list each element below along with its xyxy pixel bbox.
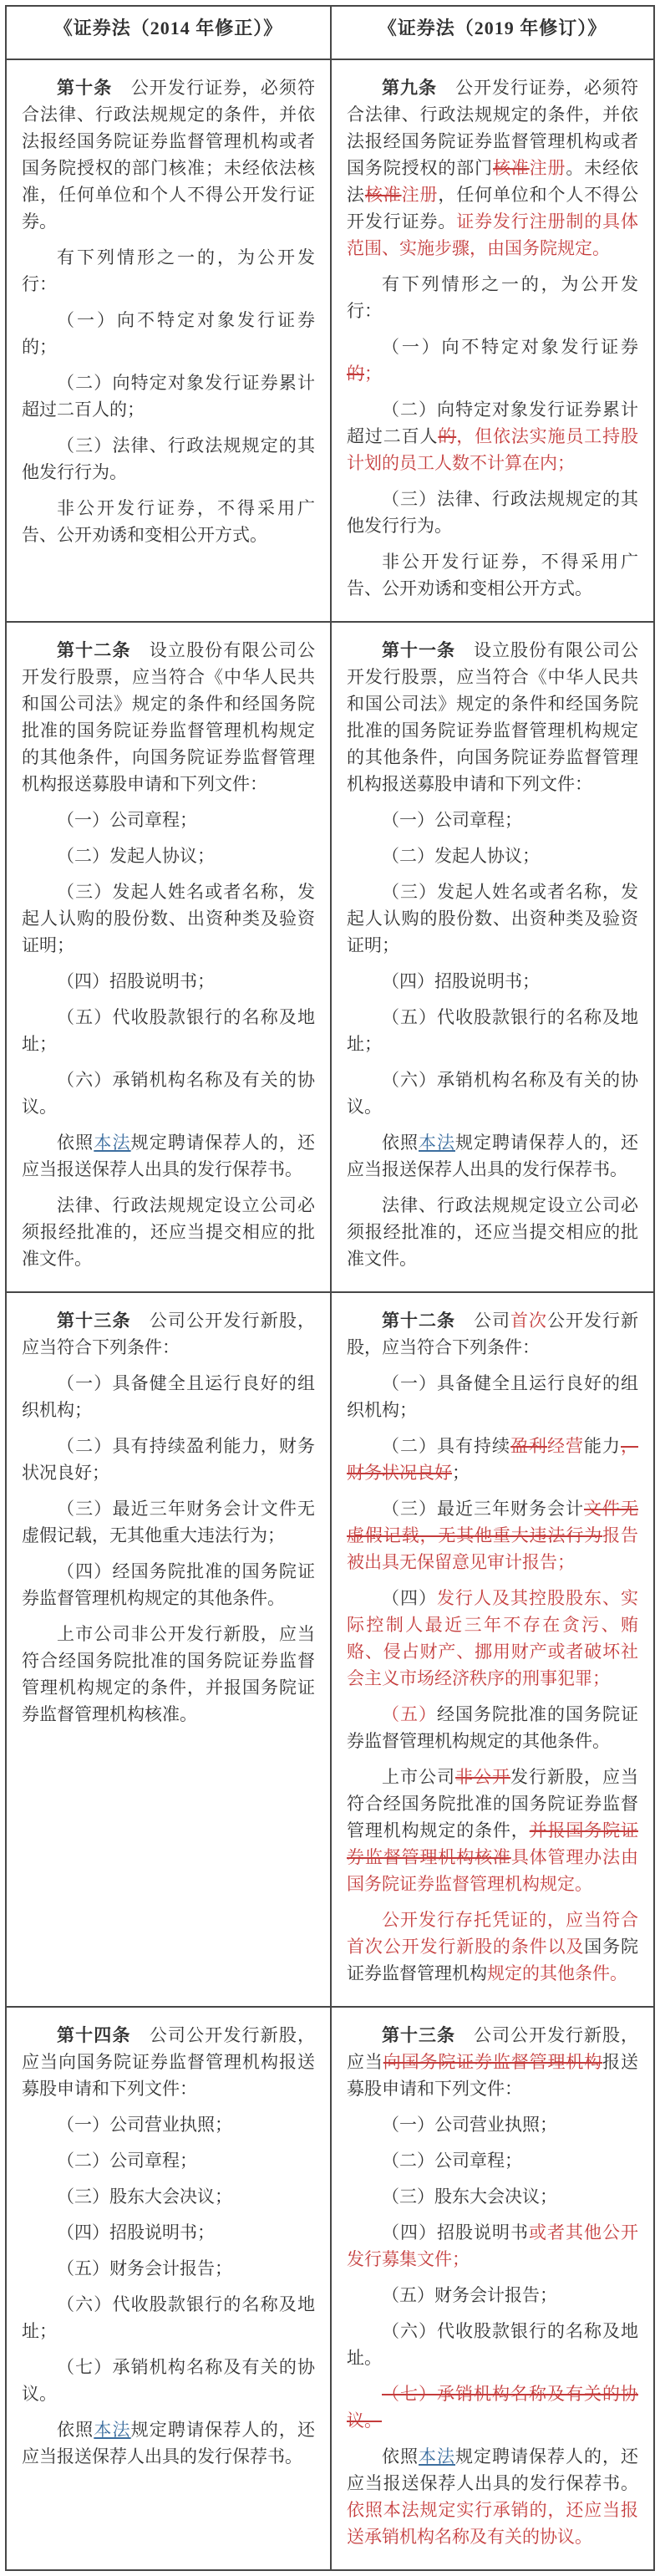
article-number: 第十二条 bbox=[382, 1311, 455, 1331]
table-row: 第十三条 公司公开发行新股，应当符合下列条件：（一）具备健全且运行良好的组织机构… bbox=[7, 1291, 653, 2006]
text-run: 依照 bbox=[57, 1133, 94, 1153]
text-run: 设立股份有限公司公开发行股票，应当符合《中华人民共和国公司法》规定的条件和经国务… bbox=[22, 640, 315, 794]
paragraph: 第十四条 公司公开发行新股，应当向国务院证券监督管理机构报送募股申请和下列文件： bbox=[22, 2022, 315, 2102]
paragraph: 有下列情形之一的，为公开发行： bbox=[347, 271, 638, 324]
paragraph: （四）招股说明书； bbox=[22, 2219, 315, 2246]
text-run: （五）财务会计报告； bbox=[382, 2285, 557, 2305]
paragraph: （三）法律、行政法规规定的其他发行行为。 bbox=[347, 486, 638, 539]
paragraph: （五）代收股款银行的名称及地址； bbox=[22, 1004, 315, 1057]
table-row: 第十二条 设立股份有限公司公开发行股票，应当符合《中华人民共和国公司法》规定的条… bbox=[7, 621, 653, 1291]
text-run: （四）招股说明书 bbox=[382, 2222, 529, 2243]
text-run: 法律、行政法规规定设立公司必须报经批准的，还应当提交相应的批准文件。 bbox=[347, 1195, 638, 1269]
paragraph: （二）发起人协议； bbox=[347, 843, 638, 869]
paragraph: 依照本法规定聘请保荐人的，还应当报送保荐人出具的发行保荐书。 bbox=[22, 2416, 315, 2470]
text-run: （三）股东大会决议； bbox=[57, 2187, 232, 2207]
text-run: （三）最近三年财务会计文件无虚假记载，无其他重大违法行为； bbox=[22, 1499, 315, 1545]
paragraph: （一）具备健全且运行良好的组织机构； bbox=[22, 1370, 315, 1423]
text-run: 依照 bbox=[382, 2446, 419, 2467]
paragraph: 第九条 公开发行证券，必须符合法律、行政法规规定的条件，并依法报经国务院证券监督… bbox=[347, 74, 638, 262]
paragraph: （二）公司章程； bbox=[22, 2147, 315, 2174]
text-run: （七）承销机构名称及有关的协议。 bbox=[22, 2357, 315, 2404]
article-number: 第十二条 bbox=[57, 640, 131, 660]
paragraph: （六）代收股款银行的名称及地址； bbox=[22, 2291, 315, 2344]
added-text: 首次 bbox=[510, 1311, 547, 1331]
text-run: （一）公司营业执照； bbox=[382, 2115, 557, 2135]
paragraph: 第十条 公开发行证券，必须符合法律、行政法规规定的条件，并依法报经国务院证券监督… bbox=[22, 74, 315, 235]
paragraph: 第十三条 公司公开发行新股，应当向国务院证券监督管理机构报送募股申请和下列文件： bbox=[347, 2022, 638, 2102]
table-row: 第十四条 公司公开发行新股，应当向国务院证券监督管理机构报送募股申请和下列文件：… bbox=[7, 2006, 653, 2569]
paragraph: （四）发行人及其控股股东、实际控制人最近三年不存在贪污、贿赂、侵占财产、挪用财产… bbox=[347, 1585, 638, 1692]
deleted-text: 核准 bbox=[493, 158, 530, 178]
text-run: 有下列情形之一的，为公开发行： bbox=[347, 274, 638, 321]
cell-left-row-2: 第十二条 设立股份有限公司公开发行股票，应当符合《中华人民共和国公司法》规定的条… bbox=[7, 623, 330, 1291]
text-run: （二）具有持续 bbox=[382, 1436, 510, 1456]
paragraph: （一）向不特定对象发行证券的； bbox=[347, 333, 638, 387]
text-run: 公司 bbox=[455, 1311, 510, 1331]
paragraph: （二）公司章程； bbox=[347, 2147, 638, 2174]
text-run: （二）向特定对象发行证券累计超过二百人的； bbox=[22, 373, 315, 420]
paragraph: （四）招股说明书或者其他公开发行募集文件； bbox=[347, 2219, 638, 2273]
paragraph: （三）最近三年财务会计文件无虚假记载，无其他重大违法行为； bbox=[22, 1495, 315, 1549]
text-run: （一）具备健全且运行良好的组织机构； bbox=[22, 1373, 315, 1420]
deleted-text: 的 bbox=[438, 426, 456, 446]
text-run: （五）代收股款银行的名称及地址； bbox=[347, 1007, 638, 1054]
text-run: （六）承销机构名称及有关的协议。 bbox=[347, 1070, 638, 1117]
paragraph: （六）承销机构名称及有关的协议。 bbox=[347, 1067, 638, 1120]
paragraph: （一）公司章程； bbox=[347, 807, 638, 833]
text-run: （五）代收股款银行的名称及地址； bbox=[22, 1007, 315, 1054]
law-reference-link[interactable]: 本法 bbox=[94, 2420, 130, 2440]
paragraph: （二）向特定对象发行证券累计超过二百人的； bbox=[22, 369, 315, 423]
added-text: （五） bbox=[382, 1704, 437, 1724]
header-cell-2019-version: 《证券法（2019 年修订）》 bbox=[330, 7, 653, 59]
added-text: 依照本法规定实行承销的，还应当报送承销机构名称及有关的协议。 bbox=[347, 2500, 638, 2547]
article-number: 第十四条 bbox=[57, 2025, 131, 2045]
paragraph: （一）具备健全且运行良好的组织机构； bbox=[347, 1370, 638, 1423]
text-run: 公开发行证券，必须符合法律、行政法规规定的条件，并依法报经国务院证券监督管理机构… bbox=[22, 78, 315, 232]
paragraph: （三）股东大会决议； bbox=[347, 2183, 638, 2210]
paragraph: （五）财务会计报告； bbox=[347, 2282, 638, 2309]
deleted-text: 向国务院证券监督管理机构 bbox=[383, 2052, 602, 2072]
paragraph: （三）发起人姓名或者名称，发起人认购的股份数、出资种类及验资证明； bbox=[22, 878, 315, 959]
paragraph: 法律、行政法规规定设立公司必须报经批准的，还应当提交相应的批准文件。 bbox=[347, 1192, 638, 1272]
text-run: 依照 bbox=[57, 2420, 94, 2440]
text-run: （一）向不特定对象发行证券的； bbox=[22, 310, 315, 357]
law-comparison-table: 《证券法（2014 年修正）》 《证券法（2019 年修订）》 第十条 公开发行… bbox=[5, 5, 655, 2571]
deleted-text: 盈利 bbox=[510, 1436, 547, 1456]
text-run: （四）招股说明书； bbox=[57, 2222, 215, 2243]
deleted-text: 的 bbox=[347, 364, 364, 384]
paragraph: 非公开发行证券，不得采用广告、公开劝诱和变相公开方式。 bbox=[347, 548, 638, 602]
article-number: 第十一条 bbox=[382, 640, 455, 660]
cell-left-row-4: 第十四条 公司公开发行新股，应当向国务院证券监督管理机构报送募股申请和下列文件：… bbox=[7, 2008, 330, 2569]
text-run: （六）承销机构名称及有关的协议。 bbox=[22, 1070, 315, 1117]
paragraph: （三）发起人姓名或者名称，发起人认购的股份数、出资种类及验资证明； bbox=[347, 878, 638, 959]
paragraph: （五）财务会计报告； bbox=[22, 2255, 315, 2282]
article-number: 第十三条 bbox=[382, 2025, 455, 2045]
cell-right-row-1: 第九条 公开发行证券，必须符合法律、行政法规规定的条件，并依法报经国务院证券监督… bbox=[330, 60, 653, 621]
document-page: 《证券法（2014 年修正）》 《证券法（2019 年修订）》 第十条 公开发行… bbox=[0, 0, 660, 2576]
text-run: （一）具备健全且运行良好的组织机构； bbox=[347, 1373, 638, 1420]
cell-left-row-1: 第十条 公开发行证券，必须符合法律、行政法规规定的条件，并依法报经国务院证券监督… bbox=[7, 60, 330, 621]
text-run: （六）代收股款银行的名称及地址。 bbox=[347, 2321, 638, 2368]
paragraph: 依照本法规定聘请保荐人的，还应当报送保荐人出具的发行保荐书。 bbox=[347, 1129, 638, 1183]
paragraph: （七）承销机构名称及有关的协议。 bbox=[347, 2380, 638, 2434]
deleted-text: （七）承销机构名称及有关的协议。 bbox=[347, 2384, 638, 2431]
paragraph: 公开发行存托凭证的，应当符合首次公开发行新股的条件以及国务院证券监督管理机构规定… bbox=[347, 1907, 638, 1987]
paragraph: 依照本法规定聘请保荐人的，还应当报送保荐人出具的发行保荐书。依照本法规定实行承销… bbox=[347, 2443, 638, 2550]
added-text: 注册 bbox=[402, 185, 439, 205]
paragraph: （一）向不特定对象发行证券的； bbox=[22, 307, 315, 360]
paragraph: （二）向特定对象发行证券累计超过二百人的，但依法实施员工持股计划的员工人数不计算… bbox=[347, 396, 638, 476]
paragraph: （七）承销机构名称及有关的协议。 bbox=[22, 2354, 315, 2407]
paragraph: （三）股东大会决议； bbox=[22, 2183, 315, 2210]
text-run: （二）具有持续盈利能力，财务状况良好； bbox=[22, 1436, 315, 1483]
text-run: （一）公司章程； bbox=[57, 810, 197, 830]
cell-right-row-4: 第十三条 公司公开发行新股，应当向国务院证券监督管理机构报送募股申请和下列文件：… bbox=[330, 2008, 653, 2569]
text-run: （二）发起人协议； bbox=[57, 846, 215, 866]
table-header-row: 《证券法（2014 年修正）》 《证券法（2019 年修订）》 bbox=[7, 7, 653, 60]
text-run: （三）最近三年财务会计 bbox=[382, 1499, 584, 1519]
text-run: ； bbox=[452, 1463, 470, 1483]
paragraph: （二）发起人协议； bbox=[22, 843, 315, 869]
text-run: （一）公司章程； bbox=[382, 810, 522, 830]
paragraph: （一）公司营业执照； bbox=[22, 2111, 315, 2138]
cell-right-row-2: 第十一条 设立股份有限公司公开发行股票，应当符合《中华人民共和国公司法》规定的条… bbox=[330, 623, 653, 1291]
paragraph: （六）承销机构名称及有关的协议。 bbox=[22, 1067, 315, 1120]
paragraph: （五）代收股款银行的名称及地址； bbox=[347, 1004, 638, 1057]
paragraph: 法律、行政法规规定设立公司必须报经批准的，还应当提交相应的批准文件。 bbox=[22, 1192, 315, 1272]
text-run: 非公开发行证券，不得采用广告、公开劝诱和变相公开方式。 bbox=[22, 498, 315, 545]
paragraph: 上市公司非公开发行新股，应当符合经国务院批准的国务院证券监督管理机构规定的条件，… bbox=[22, 1621, 315, 1728]
text-run: （一）向不特定对象发行证券 bbox=[382, 337, 638, 357]
text-run: 依照 bbox=[382, 1133, 419, 1153]
text-run: （一）公司营业执照； bbox=[57, 2115, 232, 2135]
text-run: （二）发起人协议； bbox=[382, 846, 540, 866]
text-run: 能力 bbox=[584, 1436, 621, 1456]
law-reference-link[interactable]: 本法 bbox=[419, 2446, 455, 2467]
text-run: （四）经国务院批准的国务院证券监督管理机构规定的其他条件。 bbox=[22, 1561, 315, 1608]
text-run: 有下列情形之一的，为公开发行： bbox=[22, 247, 315, 294]
paragraph: 第十二条 设立股份有限公司公开发行股票，应当符合《中华人民共和国公司法》规定的条… bbox=[22, 637, 315, 797]
added-text: 注册 bbox=[530, 158, 566, 178]
paragraph: （二）具有持续盈利经营能力，财务状况良好； bbox=[347, 1433, 638, 1486]
text-run: （四）招股说明书； bbox=[382, 971, 540, 991]
paragraph: 有下列情形之一的，为公开发行： bbox=[22, 244, 315, 298]
text-run: （三）发起人姓名或者名称，发起人认购的股份数、出资种类及验资证明； bbox=[22, 882, 315, 955]
article-number: 第九条 bbox=[382, 78, 437, 98]
text-run: 非公开发行证券，不得采用广告、公开劝诱和变相公开方式。 bbox=[347, 552, 638, 598]
added-text: 规定的其他条件。 bbox=[487, 1963, 627, 1983]
deleted-text: 核准 bbox=[365, 185, 402, 205]
text-run: （三）法律、行政法规规定的其他发行行为。 bbox=[22, 435, 315, 482]
paragraph: （三）最近三年财务会计文件无虚假记载，无其他重大违法行为报告被出具无保留意见审计… bbox=[347, 1495, 638, 1576]
paragraph: 第十三条 公司公开发行新股，应当符合下列条件： bbox=[22, 1307, 315, 1361]
paragraph: 上市公司非公开发行新股，应当符合经国务院批准的国务院证券监督管理机构规定的条件，… bbox=[347, 1764, 638, 1897]
paragraph: （二）具有持续盈利能力，财务状况良好； bbox=[22, 1433, 315, 1486]
law-reference-link[interactable]: 本法 bbox=[94, 1133, 130, 1153]
paragraph: （四）招股说明书； bbox=[347, 968, 638, 995]
table-body: 第十条 公开发行证券，必须符合法律、行政法规规定的条件，并依法报经国务院证券监督… bbox=[7, 60, 653, 2569]
deleted-text: 非公开 bbox=[455, 1767, 510, 1787]
paragraph: （四）招股说明书； bbox=[22, 968, 315, 995]
table-row: 第十条 公开发行证券，必须符合法律、行政法规规定的条件，并依法报经国务院证券监督… bbox=[7, 60, 653, 621]
paragraph: （三）法律、行政法规规定的其他发行行为。 bbox=[22, 432, 315, 486]
text-run: （三）法律、行政法规规定的其他发行行为。 bbox=[347, 489, 638, 536]
added-text: ； bbox=[364, 364, 382, 384]
text-run: 上市公司非公开发行新股，应当符合经国务院批准的国务院证券监督管理机构规定的条件，… bbox=[22, 1624, 315, 1724]
paragraph: （四）经国务院批准的国务院证券监督管理机构规定的其他条件。 bbox=[22, 1558, 315, 1611]
paragraph: （一）公司营业执照； bbox=[347, 2111, 638, 2138]
text-run: （三）发起人姓名或者名称，发起人认购的股份数、出资种类及验资证明； bbox=[347, 882, 638, 955]
paragraph: 第十一条 设立股份有限公司公开发行股票，应当符合《中华人民共和国公司法》规定的条… bbox=[347, 637, 638, 797]
text-run: 法律、行政法规规定设立公司必须报经批准的，还应当提交相应的批准文件。 bbox=[22, 1195, 315, 1269]
text-run: （二）公司章程； bbox=[57, 2151, 197, 2171]
paragraph: （六）代收股款银行的名称及地址。 bbox=[347, 2318, 638, 2371]
text-run: （三）股东大会决议； bbox=[382, 2187, 557, 2207]
law-reference-link[interactable]: 本法 bbox=[419, 1133, 455, 1153]
text-run: （四）招股说明书； bbox=[57, 971, 215, 991]
paragraph: （一）公司章程； bbox=[22, 807, 315, 833]
cell-left-row-3: 第十三条 公司公开发行新股，应当符合下列条件：（一）具备健全且运行良好的组织机构… bbox=[7, 1293, 330, 2006]
article-number: 第十三条 bbox=[57, 1311, 131, 1331]
text-run: 设立股份有限公司公开发行股票，应当符合《中华人民共和国公司法》规定的条件和经国务… bbox=[347, 640, 638, 794]
header-cell-2014-version: 《证券法（2014 年修正）》 bbox=[7, 7, 330, 59]
paragraph: 第十二条 公司首次公开发行新股，应当符合下列条件： bbox=[347, 1307, 638, 1361]
added-text: 经营 bbox=[547, 1436, 584, 1456]
article-number: 第十条 bbox=[57, 78, 112, 98]
paragraph: 非公开发行证券，不得采用广告、公开劝诱和变相公开方式。 bbox=[22, 495, 315, 548]
text-run: （五）财务会计报告； bbox=[57, 2258, 232, 2278]
text-run: 上市公司 bbox=[382, 1767, 455, 1787]
text-run: （六）代收股款银行的名称及地址； bbox=[22, 2294, 315, 2341]
text-run: （二）公司章程； bbox=[382, 2151, 522, 2171]
cell-right-row-3: 第十二条 公司首次公开发行新股，应当符合下列条件：（一）具备健全且运行良好的组织… bbox=[330, 1293, 653, 2006]
paragraph: 依照本法规定聘请保荐人的，还应当报送保荐人出具的发行保荐书。 bbox=[22, 1129, 315, 1183]
paragraph: （五）经国务院批准的国务院证券监督管理机构规定的其他条件。 bbox=[347, 1701, 638, 1754]
text-run: （四） bbox=[382, 1588, 437, 1608]
